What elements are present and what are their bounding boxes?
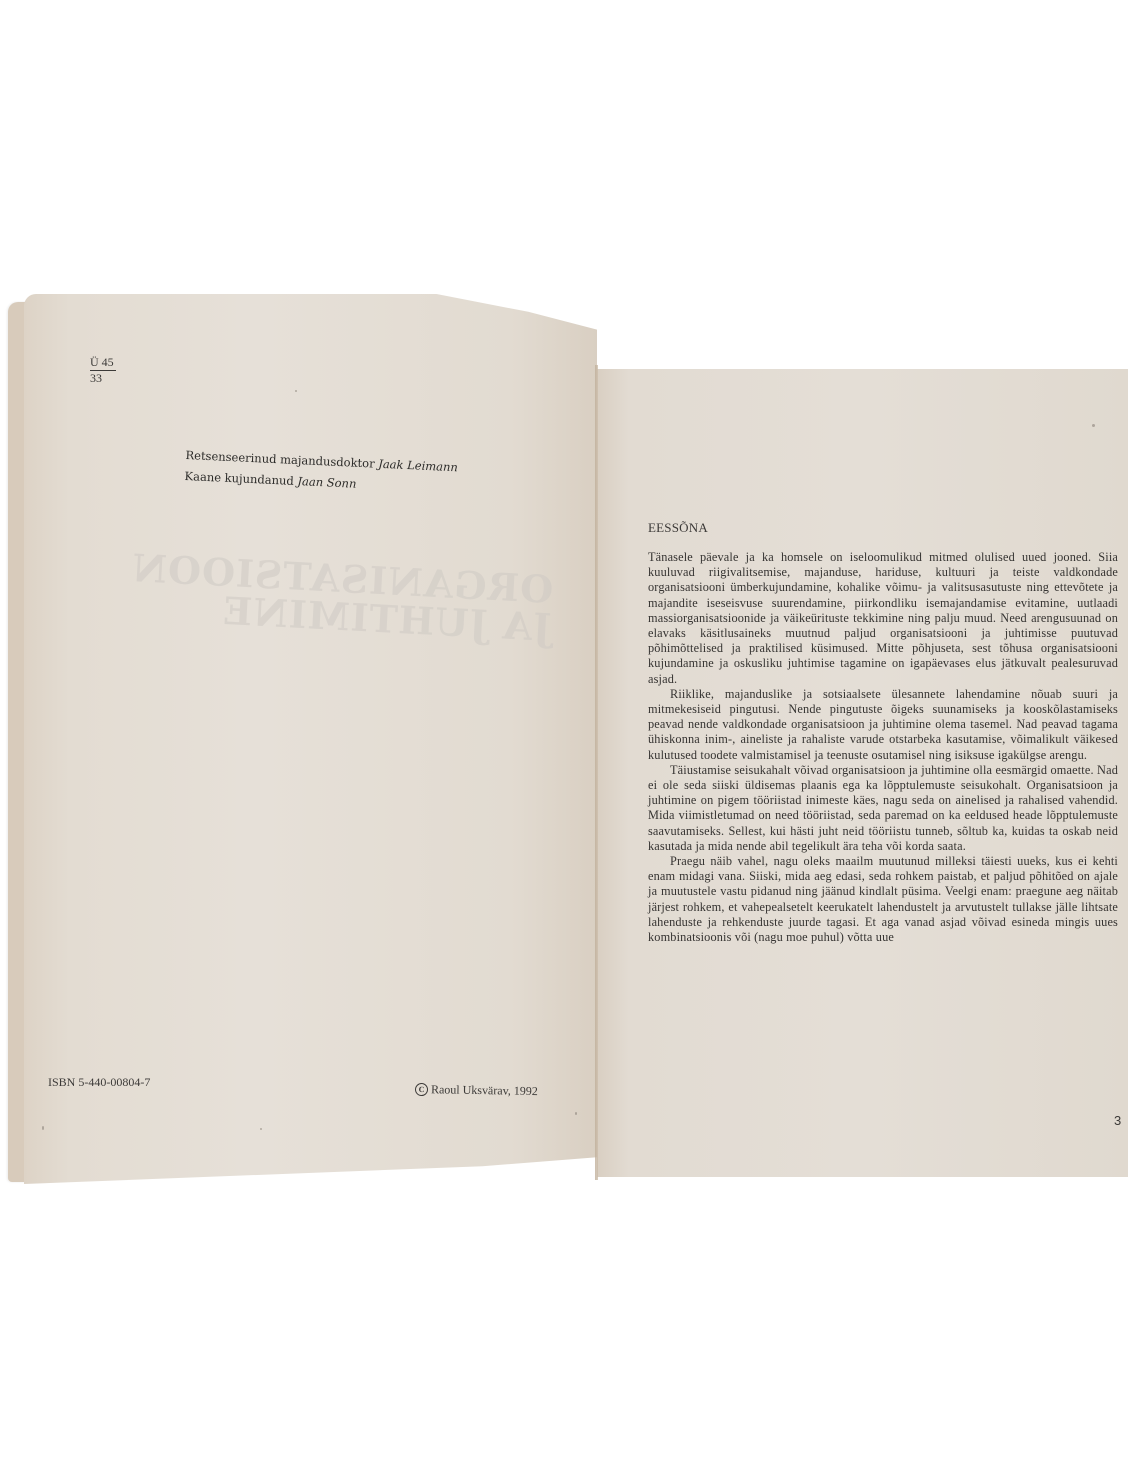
- foreword-paragraph-3: Täiustamise seisukahalt võivad organisat…: [648, 763, 1118, 854]
- reviewer-name: Jaak Leimann: [378, 457, 458, 475]
- catalog-code-numerator: Ü 45: [90, 355, 116, 371]
- copyright-icon: C: [415, 1083, 428, 1096]
- paper-speck: [295, 390, 297, 392]
- paper-speck: [1092, 424, 1095, 427]
- catalog-code: Ü 45 33: [90, 355, 116, 385]
- foreword-paragraph-2: Riiklike, majanduslike ja sotsiaalsete ü…: [648, 687, 1118, 763]
- foreword-heading: EESSÕNA: [648, 520, 1118, 536]
- book-gutter: [595, 365, 598, 1180]
- paper-speck: [260, 1128, 262, 1130]
- foreword-paragraph-1: Tänasele päevale ja ka homsele on iseloo…: [648, 550, 1118, 687]
- copyright-text: Raoul Uksvärav, 1992: [431, 1082, 538, 1098]
- page-number: 3: [1114, 1113, 1121, 1128]
- copyright-notice: CRaoul Uksvärav, 1992: [415, 1082, 538, 1099]
- open-book: Ü 45 33 Retsenseerinud majandusdoktor Ja…: [0, 0, 1128, 1484]
- left-page: [24, 294, 597, 1184]
- paper-speck: [42, 1126, 44, 1130]
- catalog-code-denominator: 33: [90, 371, 116, 385]
- paper-speck: [575, 1112, 577, 1115]
- isbn: ISBN 5-440-00804-7: [48, 1075, 150, 1090]
- foreword-paragraph-4: Praegu näib vahel, nagu oleks maailm muu…: [648, 854, 1118, 945]
- foreword: EESSÕNA Tänasele päevale ja ka homsele o…: [648, 520, 1118, 945]
- cover-designer-role: Kaane kujundanud: [184, 469, 298, 488]
- cover-designer-name: Jaan Sonn: [297, 474, 357, 491]
